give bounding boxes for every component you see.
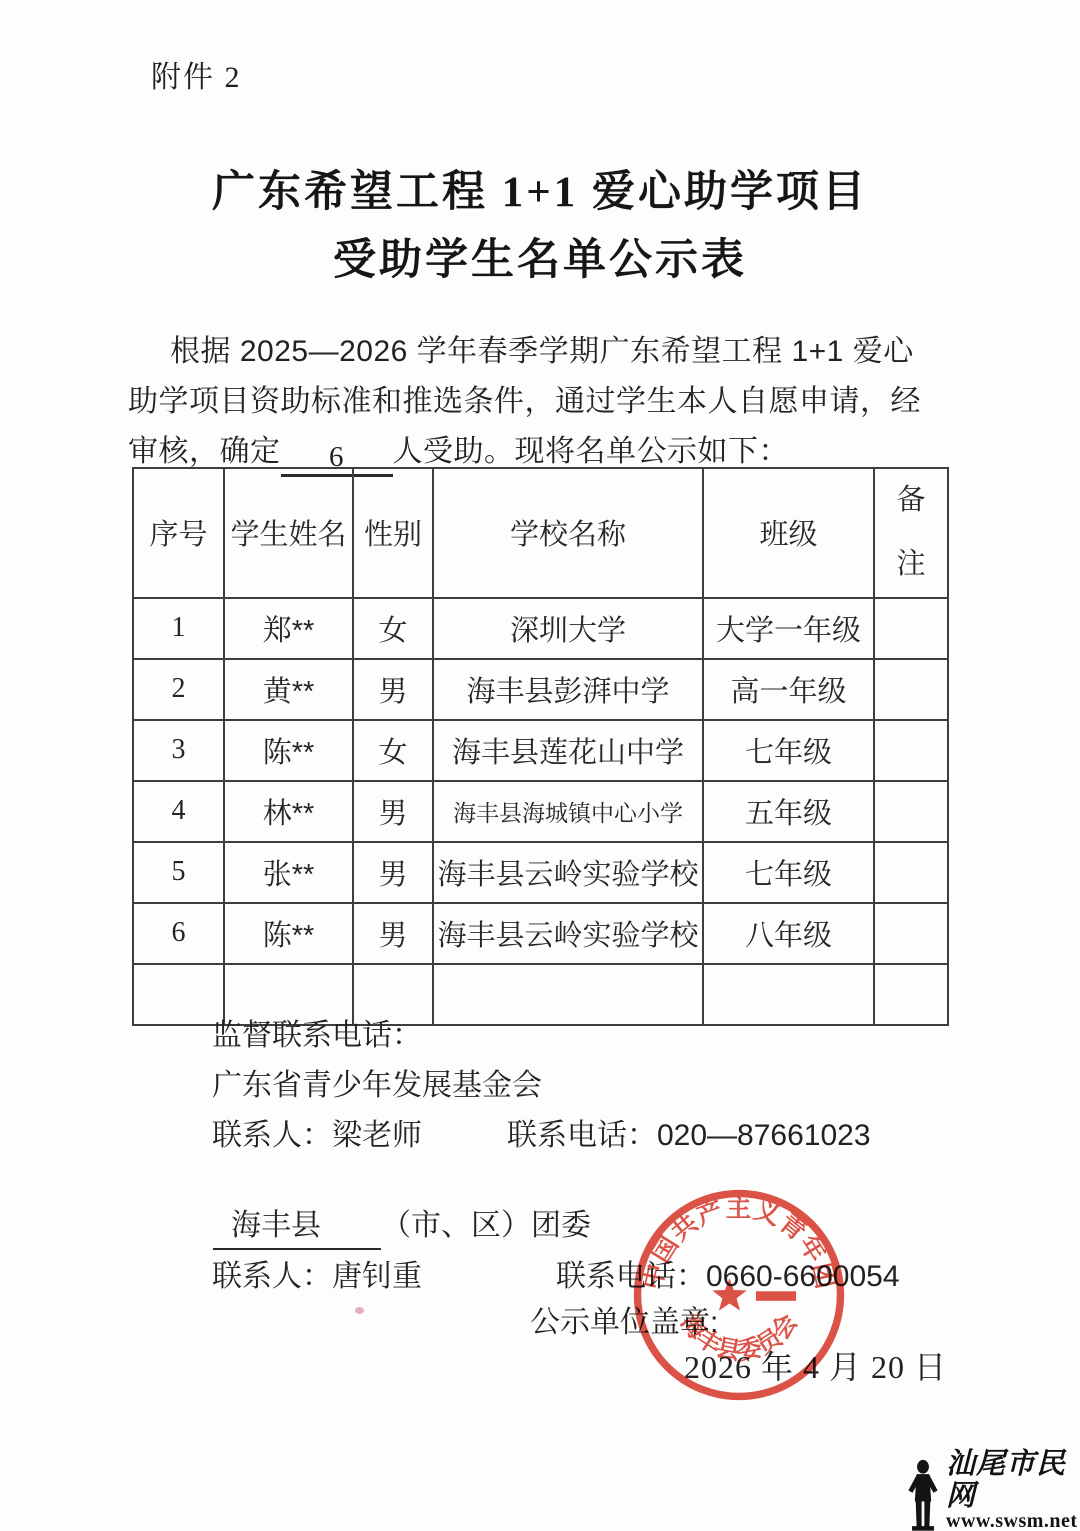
- intro-line-2: 助学项目资助标准和推选条件，通过学生本人自愿申请，经: [128, 377, 934, 427]
- supervision-contact: 联系人：梁老师: [212, 1110, 422, 1154]
- table-row: 4 林** 男 海丰县海城镇中心小学 五年级: [133, 781, 948, 842]
- cell-gender: 女: [353, 720, 433, 781]
- header-seq: 序号: [133, 468, 224, 598]
- cell-seq: 4: [133, 781, 224, 842]
- cell-student-name: 陈**: [224, 720, 353, 781]
- cell-school: 深圳大学: [433, 598, 703, 659]
- header-remark: 备注: [874, 468, 948, 598]
- cell-seq: 5: [133, 842, 224, 903]
- watermark-site-name: 汕尾市民网: [946, 1447, 1078, 1511]
- cell-grade: 七年级: [703, 720, 874, 781]
- seal-dash-icon: [756, 1291, 796, 1301]
- cell-student-name: 林**: [224, 781, 353, 842]
- cell-gender: 男: [353, 781, 433, 842]
- cell-seq: 3: [133, 720, 224, 781]
- cell-student-name: 张**: [224, 842, 353, 903]
- cell-school: 海丰县莲花山中学: [433, 720, 703, 781]
- intro-paragraph: 根据 2025—2026 学年春季学期广东希望工程 1+1 爱心 助学项目资助标…: [128, 327, 934, 477]
- cell-student-name: 陈**: [224, 903, 353, 964]
- cell-remark: [874, 903, 948, 964]
- cell-remark: [874, 964, 948, 1025]
- cell-grade: 高一年级: [703, 659, 874, 720]
- table-row: 2 黄** 男 海丰县彭湃中学 高一年级: [133, 659, 948, 720]
- student-roster-table: 序号 学生姓名 性别 学校名称 班级 备注 1 郑** 女 深圳大学 大学一年级…: [132, 467, 949, 1026]
- cell-grade: 八年级: [703, 903, 874, 964]
- county-name-blank: 海丰县: [213, 1200, 381, 1250]
- person-silhouette-icon: [902, 1459, 944, 1531]
- cell-seq: 2: [133, 659, 224, 720]
- cell-school: [433, 964, 703, 1025]
- intro-line-3-post: 人受助。现将名单公示如下：: [393, 435, 790, 468]
- table-row: 3 陈** 女 海丰县莲花山中学 七年级: [133, 720, 948, 781]
- scan-speck: [355, 1307, 364, 1314]
- supervision-phone: 联系电话：020—87661023: [507, 1110, 871, 1154]
- cell-school: 海丰县云岭实验学校: [433, 903, 703, 964]
- official-seal: 中国共产主义青年团 海丰县委员会: [628, 1184, 850, 1406]
- cell-seq: [133, 964, 224, 1025]
- header-student-name: 学生姓名: [224, 468, 353, 598]
- supervision-org: 广东省青少年发展基金会: [212, 1060, 542, 1104]
- county-contact: 联系人：唐钊重: [212, 1251, 422, 1295]
- attachment-label: 附件 2: [151, 52, 242, 96]
- county-line: 海丰县（市、区）团委: [213, 1200, 591, 1250]
- cell-seq: 1: [133, 598, 224, 659]
- table-row: 5 张** 男 海丰县云岭实验学校 七年级: [133, 842, 948, 903]
- cell-grade: 七年级: [703, 842, 874, 903]
- intro-line-3-pre: 审核，确定: [128, 435, 281, 468]
- intro-line-1: 根据 2025—2026 学年春季学期广东希望工程 1+1 爱心: [128, 327, 934, 377]
- county-org-suffix: （市、区）团委: [381, 1209, 591, 1242]
- cell-grade: [703, 964, 874, 1025]
- header-grade: 班级: [703, 468, 874, 598]
- document-page: 附件 2 广东希望工程 1+1 爱心助学项目 受助学生名单公示表 根据 2025…: [0, 0, 1080, 1531]
- cell-student-name: 黄**: [224, 659, 353, 720]
- cell-remark: [874, 659, 948, 720]
- cell-grade: 大学一年级: [703, 598, 874, 659]
- cell-school: 海丰县海城镇中心小学: [433, 781, 703, 842]
- seal-bottom-text: 海丰县委员会: [675, 1308, 803, 1365]
- cell-gender: 男: [353, 903, 433, 964]
- cell-remark: [874, 720, 948, 781]
- header-gender: 性别: [353, 468, 433, 598]
- cell-remark: [874, 842, 948, 903]
- document-title-line1: 广东希望工程 1+1 爱心助学项目: [0, 158, 1080, 219]
- watermark-text: 汕尾市民网 www.swsm.net: [946, 1447, 1078, 1531]
- site-watermark: 汕尾市民网 www.swsm.net: [902, 1447, 1074, 1531]
- cell-remark: [874, 781, 948, 842]
- cell-remark: [874, 598, 948, 659]
- cell-gender: 男: [353, 842, 433, 903]
- cell-grade: 五年级: [703, 781, 874, 842]
- supervision-heading: 监督联系电话：: [212, 1010, 422, 1054]
- seal-star-icon: [712, 1278, 746, 1311]
- cell-gender: 男: [353, 659, 433, 720]
- seal-top-text: 中国共产主义青年团: [638, 1195, 839, 1293]
- table-header-row: 序号 学生姓名 性别 学校名称 班级 备注: [133, 468, 948, 598]
- header-school: 学校名称: [433, 468, 703, 598]
- watermark-site-url: www.swsm.net: [946, 1511, 1078, 1531]
- header-remark-label: 备注: [894, 469, 927, 597]
- document-title-line2: 受助学生名单公示表: [0, 226, 1080, 287]
- cell-student-name: 郑**: [224, 598, 353, 659]
- cell-school: 海丰县彭湃中学: [433, 659, 703, 720]
- table-row: 1 郑** 女 深圳大学 大学一年级: [133, 598, 948, 659]
- table-row: 6 陈** 男 海丰县云岭实验学校 八年级: [133, 903, 948, 964]
- cell-gender: 女: [353, 598, 433, 659]
- cell-seq: 6: [133, 903, 224, 964]
- cell-school: 海丰县云岭实验学校: [433, 842, 703, 903]
